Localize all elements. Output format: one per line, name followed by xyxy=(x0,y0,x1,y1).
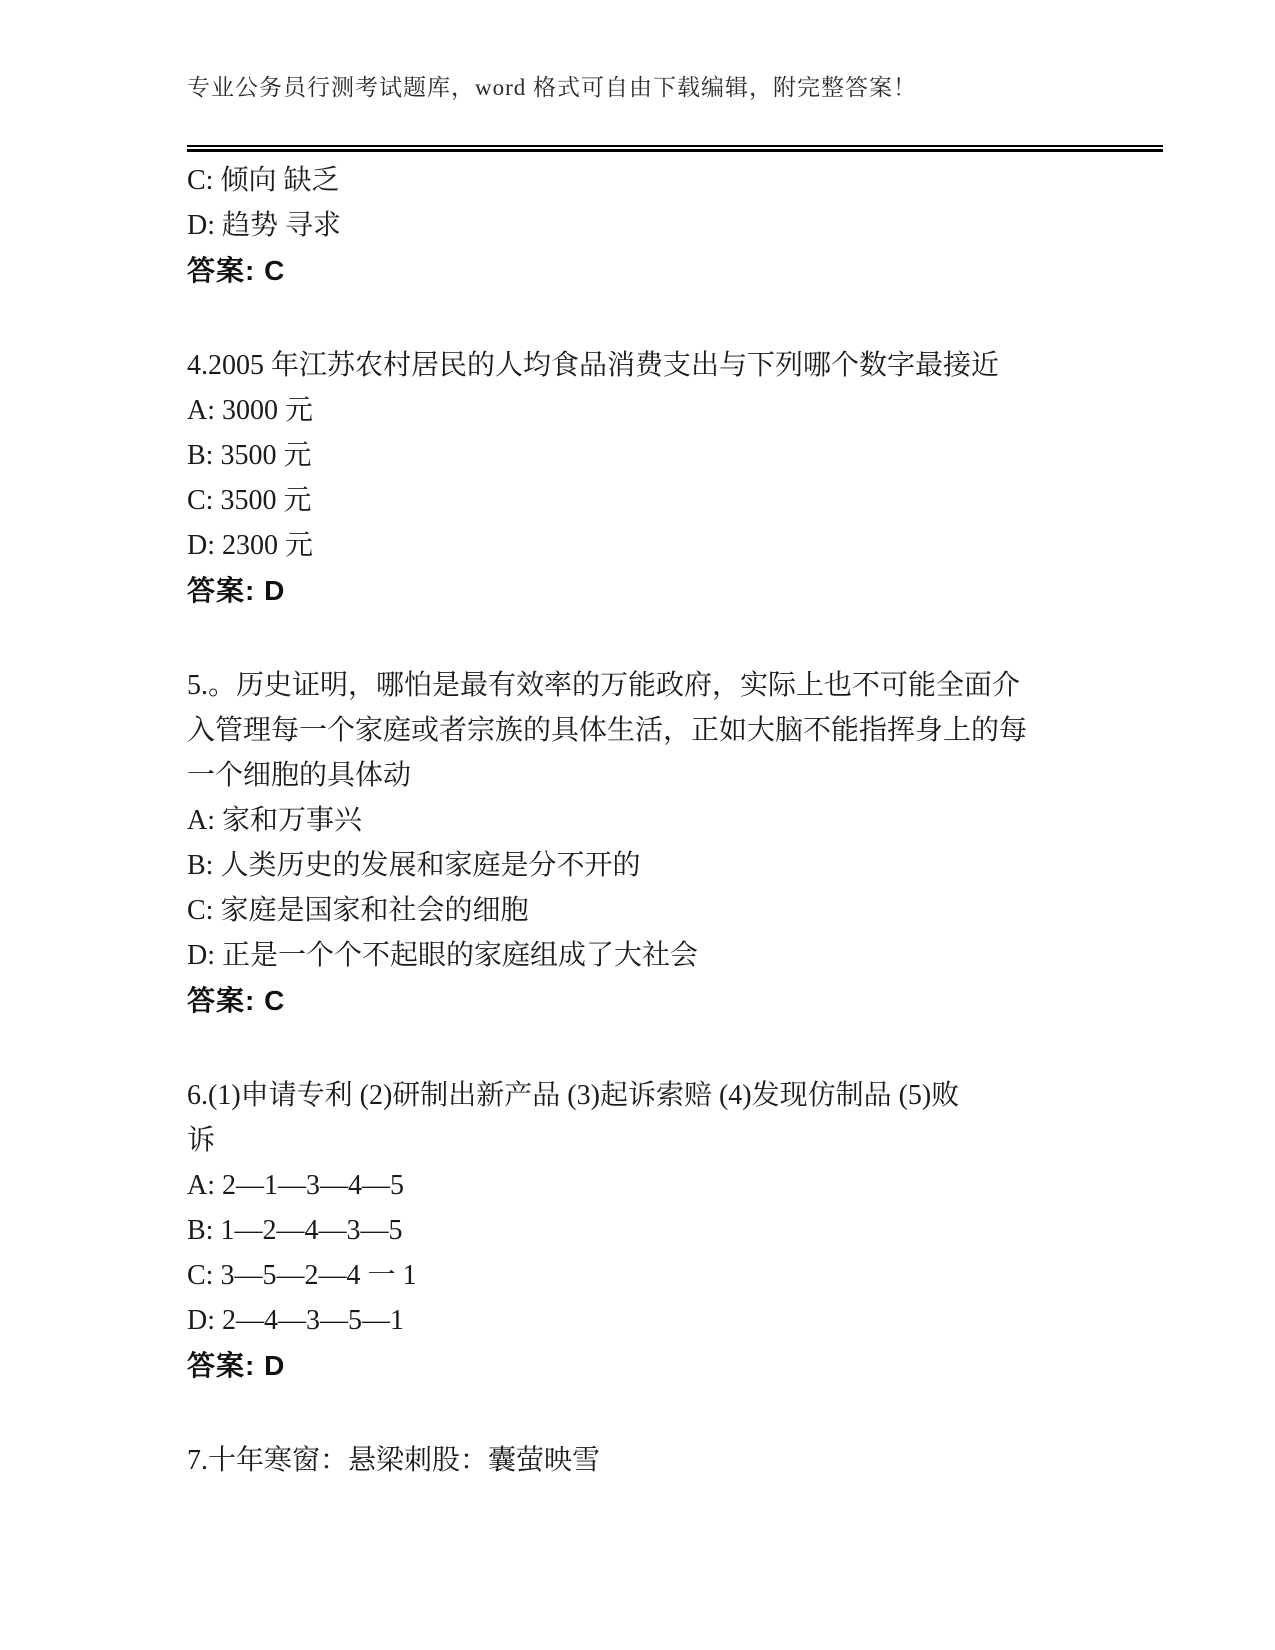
q6-option-a: A: 2—1—3—4—5 xyxy=(187,1163,1163,1208)
q6-option-b: B: 1—2—4—3—5 xyxy=(187,1208,1163,1253)
q5-option-b: B: 人类历史的发展和家庭是分不开的 xyxy=(187,843,1163,888)
q4-option-a: A: 3000 元 xyxy=(187,388,1163,433)
question-4: 4.2005 年江苏农村居民的人均食品消费支出与下列哪个数字最接近 A: 300… xyxy=(187,343,1163,613)
q6-option-d: D: 2—4—3—5—1 xyxy=(187,1298,1163,1343)
q4-answer: 答案: D xyxy=(187,568,1163,613)
q7-title: 7.十年寒窗：悬梁刺股：囊萤映雪 xyxy=(187,1438,1163,1483)
q5-option-c: C: 家庭是国家和社会的细胞 xyxy=(187,888,1163,933)
q4-option-d: D: 2300 元 xyxy=(187,523,1163,568)
q6-title-line-2: 诉 xyxy=(187,1118,1163,1163)
q5-option-d: D: 正是一个个不起眼的家庭组成了大社会 xyxy=(187,933,1163,978)
question-7: 7.十年寒窗：悬梁刺股：囊萤映雪 xyxy=(187,1438,1163,1483)
q3-option-d: D: 趋势 寻求 xyxy=(187,203,1163,248)
q4-title: 4.2005 年江苏农村居民的人均食品消费支出与下列哪个数字最接近 xyxy=(187,343,1163,388)
q5-option-a: A: 家和万事兴 xyxy=(187,798,1163,843)
q5-answer: 答案: C xyxy=(187,978,1163,1023)
header-disclaimer-text: 专业公务员行测考试题库，word 格式可自由下载编辑，附完整答案！ xyxy=(187,73,1163,103)
q5-title-line-3: 一个细胞的具体动 xyxy=(187,753,1163,798)
q3-answer: 答案: C xyxy=(187,248,1163,293)
q4-option-b: B: 3500 元 xyxy=(187,433,1163,478)
q3-option-c: C: 倾向 缺乏 xyxy=(187,158,1163,203)
question-6: 6.(1)申请专利 (2)研制出新产品 (3)起诉索赔 (4)发现仿制品 (5)… xyxy=(187,1073,1163,1388)
page-header: 专业公务员行测考试题库，word 格式可自由下载编辑，附完整答案！ xyxy=(187,73,1163,152)
q5-title-line-2: 入管理每一个家庭或者宗族的具体生活，正如大脑不能指挥身上的每 xyxy=(187,708,1163,753)
q6-option-c: C: 3—5—2—4 一 1 xyxy=(187,1253,1163,1298)
header-divider xyxy=(187,145,1163,152)
q4-option-c: C: 3500 元 xyxy=(187,478,1163,523)
document-page: 专业公务员行测考试题库，word 格式可自由下载编辑，附完整答案！ C: 倾向 … xyxy=(0,0,1275,1650)
q6-title-line-1: 6.(1)申请专利 (2)研制出新产品 (3)起诉索赔 (4)发现仿制品 (5)… xyxy=(187,1073,1163,1118)
question-3-partial: C: 倾向 缺乏 D: 趋势 寻求 答案: C xyxy=(187,158,1163,293)
q6-answer: 答案: D xyxy=(187,1343,1163,1388)
question-5: 5.。历史证明，哪怕是最有效率的万能政府，实际上也不可能全面介 入管理每一个家庭… xyxy=(187,663,1163,1023)
document-body: C: 倾向 缺乏 D: 趋势 寻求 答案: C 4.2005 年江苏农村居民的人… xyxy=(187,152,1163,1483)
q5-title-line-1: 5.。历史证明，哪怕是最有效率的万能政府，实际上也不可能全面介 xyxy=(187,663,1163,708)
